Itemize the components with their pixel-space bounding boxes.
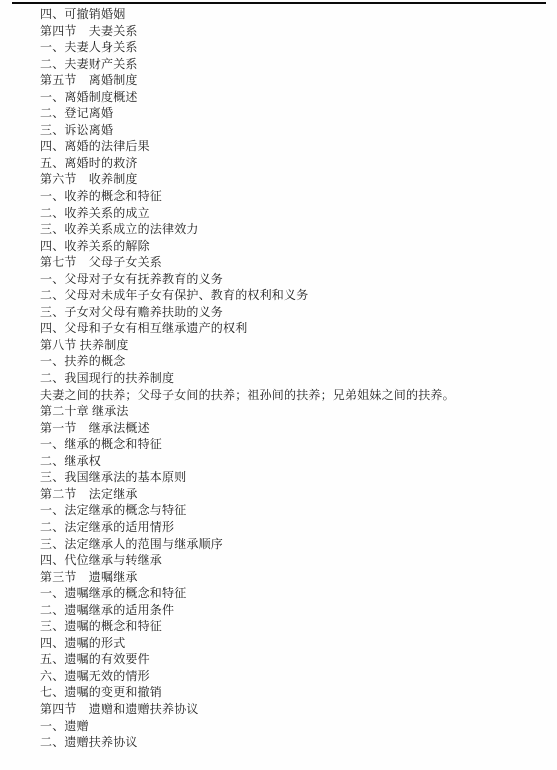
- toc-item-line: 三、法定继承人的范围与继承顺序: [40, 536, 545, 553]
- toc-item-line: 四、父母和子女有相互继承遗产的权利: [40, 320, 545, 337]
- toc-item-line: 四、离婚的法律后果: [40, 138, 545, 155]
- toc-item-line: 二、法定继承的适用情形: [40, 519, 545, 536]
- toc-item-line: 一、遗嘱继承的概念和特征: [40, 585, 545, 602]
- toc-item-line: 二、继承权: [40, 453, 545, 470]
- toc-item-line: 一、遗赠: [40, 718, 545, 735]
- toc-item-line: 六、遗嘱无效的情形: [40, 668, 545, 685]
- toc-item-line: 一、离婚制度概述: [40, 89, 545, 106]
- top-rule-divider: [12, 2, 546, 4]
- toc-item-line: 三、遗嘱的概念和特征: [40, 618, 545, 635]
- toc-item-line: 四、遗嘱的形式: [40, 635, 545, 652]
- toc-item-line: 二、收养关系的成立: [40, 205, 545, 222]
- toc-paragraph-line: 夫妻之间的扶养；父母子女间的扶养；祖孙间的扶养；兄弟姐妹之间的扶养。: [40, 387, 545, 404]
- toc-item-line: 四、收养关系的解除: [40, 238, 545, 255]
- toc-item-line: 二、登记离婚: [40, 105, 545, 122]
- toc-section-line: 第四节 遗赠和遗赠扶养协议: [40, 701, 545, 718]
- toc-section-line: 第七节 父母子女关系: [40, 254, 545, 271]
- toc-item-line: 五、离婚时的救济: [40, 155, 545, 172]
- toc-item-line: 三、诉讼离婚: [40, 122, 545, 139]
- toc-item-line: 一、收养的概念和特征: [40, 188, 545, 205]
- toc-section-line: 第五节 离婚制度: [40, 72, 545, 89]
- toc-section-line: 第八节 扶养制度: [40, 337, 545, 354]
- toc-section-line: 第一节 继承法概述: [40, 420, 545, 437]
- toc-item-line: 七、遗嘱的变更和撤销: [40, 684, 545, 701]
- document-page: 四、可撤销婚姻 第四节 夫妻关系 一、夫妻人身关系 二、夫妻财产关系 第五节 离…: [0, 0, 557, 770]
- toc-item-line: 二、夫妻财产关系: [40, 56, 545, 73]
- toc-item-line: 一、继承的概念和特征: [40, 436, 545, 453]
- toc-item-line: 一、父母对子女有抚养教育的义务: [40, 271, 545, 288]
- toc-item-line: 二、遗赠扶养协议: [40, 734, 545, 751]
- toc-section-line: 第四节 夫妻关系: [40, 23, 545, 40]
- toc-section-line: 第六节 收养制度: [40, 171, 545, 188]
- toc-item-line: 一、扶养的概念: [40, 353, 545, 370]
- toc-section-line: 第三节 遗嘱继承: [40, 569, 545, 586]
- toc-section-line: 第二节 法定继承: [40, 486, 545, 503]
- toc-item-line: 三、子女对父母有赡养扶助的义务: [40, 304, 545, 321]
- toc-item-line: 一、夫妻人身关系: [40, 39, 545, 56]
- toc-body: 四、可撤销婚姻 第四节 夫妻关系 一、夫妻人身关系 二、夫妻财产关系 第五节 离…: [40, 6, 545, 751]
- toc-item-line: 三、收养关系成立的法律效力: [40, 221, 545, 238]
- toc-item-line: 二、父母对未成年子女有保护、教育的权利和义务: [40, 287, 545, 304]
- toc-item-line: 五、遗嘱的有效要件: [40, 651, 545, 668]
- toc-item-line: 二、我国现行的扶养制度: [40, 370, 545, 387]
- toc-chapter-line: 第二十章 继承法: [40, 403, 545, 420]
- toc-item-line: 四、可撤销婚姻: [40, 6, 545, 23]
- toc-item-line: 四、代位继承与转继承: [40, 552, 545, 569]
- toc-item-line: 一、法定继承的概念与特征: [40, 502, 545, 519]
- toc-item-line: 二、遗嘱继承的适用条件: [40, 602, 545, 619]
- toc-item-line: 三、我国继承法的基本原则: [40, 469, 545, 486]
